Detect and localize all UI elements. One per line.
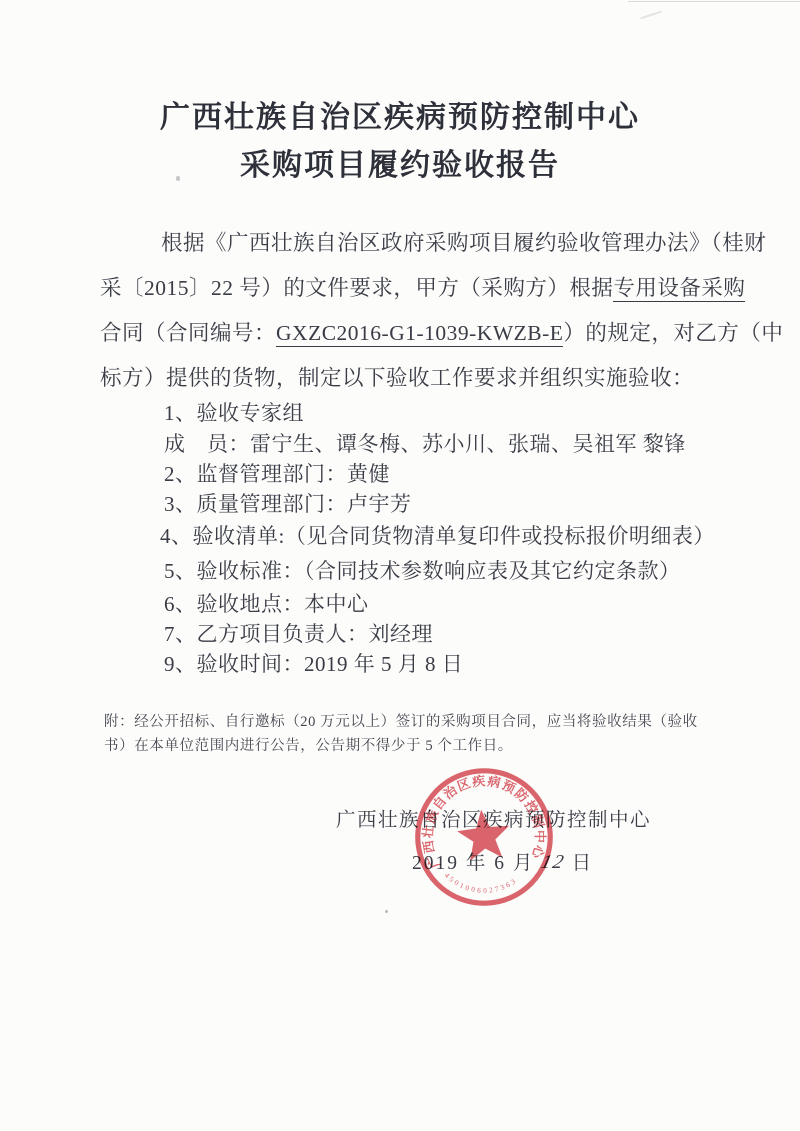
intro-line-2: 采〔2015〕22 号）的文件要求，甲方（采购方）根据专用设备采购: [100, 271, 745, 302]
official-seal: 广西壮族自治区疾病预防控制中心 4501006027363: [389, 742, 578, 931]
list-item-members: 成 员：雷宁生、谭冬梅、苏小川、张瑞、吴祖军 黎锋: [164, 428, 686, 458]
scan-artifact-line: [628, 1, 800, 2]
list-item-party-b-manager: 7、乙方项目负责人：刘经理: [164, 618, 433, 648]
intro-text: 根据《广西壮族自治区政府采购项目履约验收管理办法》（桂财: [161, 231, 766, 255]
list-item-supervision-dept: 2、监督管理部门：黄健: [164, 458, 390, 488]
list-item-quality-dept: 3、质量管理部门：卢宇芳: [164, 488, 412, 518]
intro-line-1: 根据《广西壮族自治区政府采购项目履约验收管理办法》（桂财: [161, 226, 766, 257]
doc-title-line1: 广西壮族自治区疾病预防控制中心: [0, 92, 800, 136]
intro-text: ）的规定，对乙方（中: [563, 321, 783, 345]
list-item-acceptance-time: 9、验收时间：2019 年 5 月 8 日: [164, 648, 463, 678]
note-line-2: 书）在本单位范围内进行公告，公告期不得少于 5 个工作日。: [104, 734, 513, 755]
doc-title-line2: 采购项目履约验收报告: [0, 140, 800, 184]
underlined-contract-name: 专用设备采购: [613, 276, 745, 302]
intro-text: 标方）提供的货物，制定以下验收工作要求并组织实施验收：: [100, 366, 694, 390]
intro-text: 采〔2015〕22 号）的文件要求，甲方（采购方）根据: [100, 276, 613, 300]
date-suffix: 日: [572, 853, 594, 874]
seal-star: [455, 807, 512, 862]
intro-text: 合同（合同编号：: [100, 321, 276, 345]
intro-line-4: 标方）提供的货物，制定以下验收工作要求并组织实施验收：: [100, 361, 694, 392]
underlined-contract-number: GXZC2016-G1-1039-KWZB-E: [276, 321, 563, 347]
list-item-acceptance-standard: 5、验收标准：（合同技术参数响应表及其它约定条款）: [164, 555, 681, 585]
list-item-acceptance-list: 4、验收清单:（见合同货物清单复印件或投标报价明细表）: [160, 520, 715, 550]
intro-line-3: 合同（合同编号：GXZC2016-G1-1039-KWZB-E）的规定，对乙方（…: [100, 316, 783, 347]
note-line-1: 附：经公开招标、自行邀标（20 万元以上）签订的采购项目合同，应当将验收结果（验…: [104, 710, 698, 731]
list-item-expert-group: 1、验收专家组: [164, 397, 304, 427]
list-item-acceptance-location: 6、验收地点：本中心: [164, 588, 369, 618]
document-page: 广西壮族自治区疾病预防控制中心 采购项目履约验收报告 根据《广西壮族自治区政府采…: [0, 0, 800, 1131]
scan-artifact-dash: [640, 11, 662, 20]
scan-artifact-dot: [385, 910, 388, 913]
